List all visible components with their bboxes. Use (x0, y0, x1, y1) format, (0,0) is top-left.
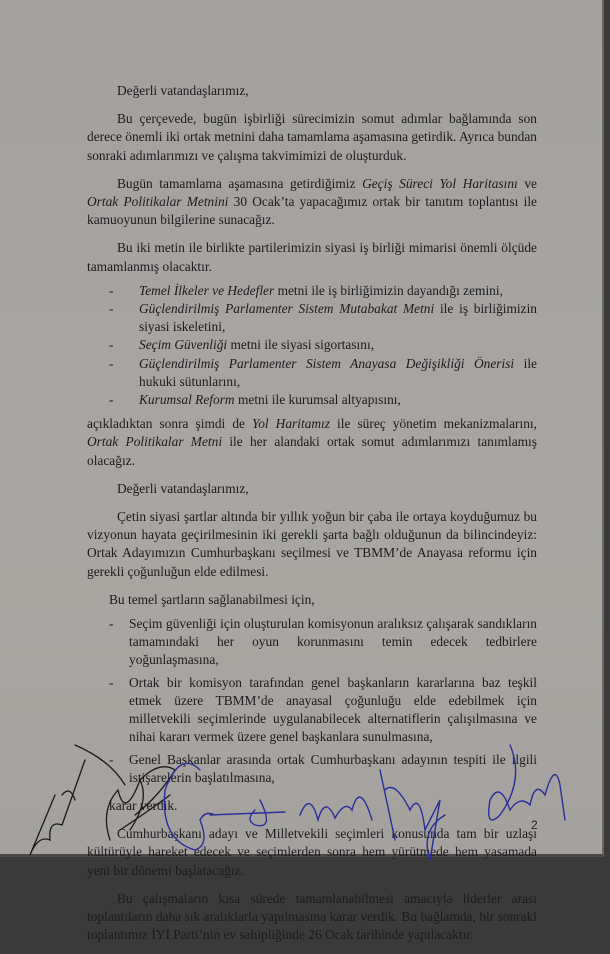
list-item: -Temel İlkeler ve Hedefler metni ile iş … (87, 282, 537, 300)
list-item: -Ortak bir komisyon tarafından genel baş… (87, 674, 537, 747)
paragraph: Bugün tamamlama aşamasına getirdiğimiz G… (87, 175, 537, 230)
paragraph: karar verdik. (87, 797, 537, 815)
greeting: Değerli vatandaşlarımız, (87, 82, 537, 100)
decisions-list: -Seçim güvenliği için oluşturulan komisy… (87, 615, 537, 787)
list-item: -Seçim güvenliği için oluşturulan komisy… (87, 615, 537, 670)
paragraph: Çetin siyasi şartlar altında bir yıllık … (87, 508, 537, 581)
document-page: Değerli vatandaşlarımız, Bu çerçevede, b… (0, 0, 604, 857)
signature-1 (30, 760, 85, 855)
paragraph: Bu çerçevede, bugün işbirliği sürecimizi… (87, 110, 537, 165)
list-item: -Seçim Güvenliği metni ile siyasi sigort… (87, 336, 537, 354)
page-number: 2 (531, 818, 538, 832)
paragraph: Cumhurbaşkanı adayı ve Milletvekili seçi… (87, 825, 537, 863)
greeting: Değerli vatandaşlarımız, (87, 480, 537, 498)
list-item: -Genel Başkanlar arasında ortak Cumhurba… (87, 751, 537, 787)
letter-body: Değerli vatandaşlarımız, Bu çerçevede, b… (87, 82, 537, 863)
list-item: -Güçlendirilmiş Parlamenter Sistem Mutab… (87, 300, 537, 336)
list-item: -Güçlendirilmiş Parlamenter Sistem Anaya… (87, 355, 537, 391)
list-item: -Kurumsal Reform metni ile kurumsal alty… (87, 391, 537, 409)
paragraph: açıkladıktan sonra şimdi de Yol Haritamı… (87, 415, 537, 470)
paragraph: Bu temel şartların sağlanabilmesi için, (87, 591, 537, 609)
documents-list: -Temel İlkeler ve Hedefler metni ile iş … (87, 282, 537, 409)
paragraph: Bu iki metin ile birlikte partilerimizin… (87, 239, 537, 275)
